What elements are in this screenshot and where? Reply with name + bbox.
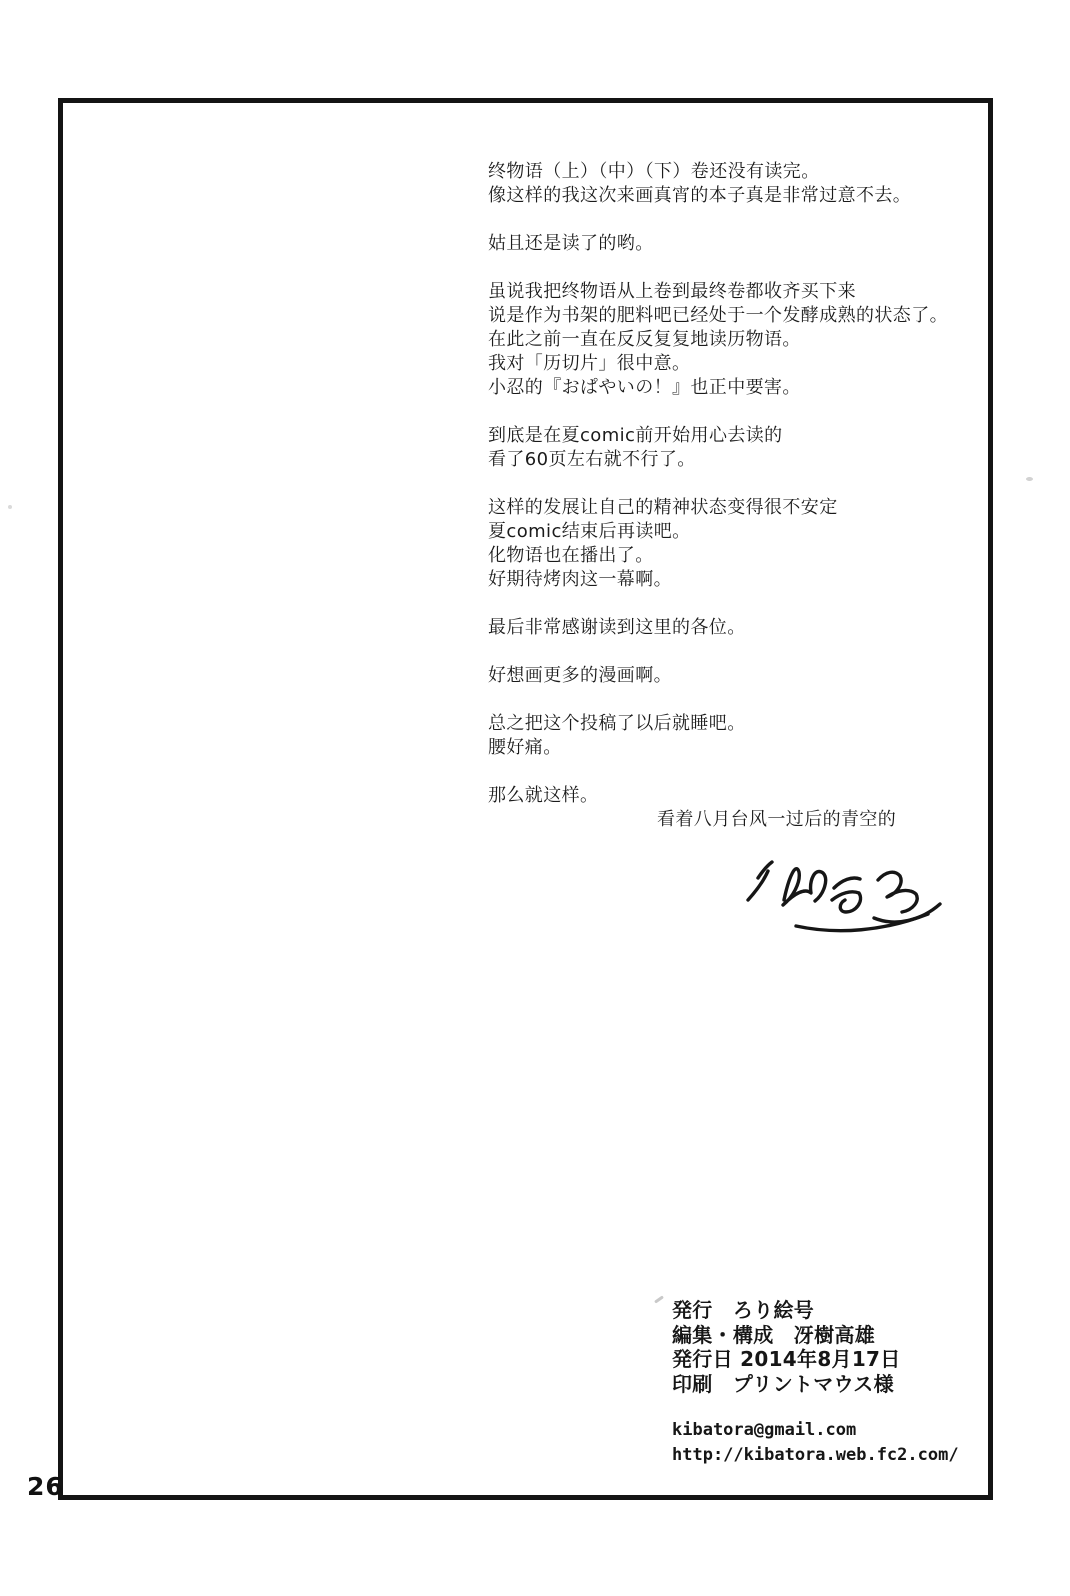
scanned-afterword-page: 终物语（上）（中）（下）卷还没有读完。 像这样的我这次来画真宵的本子真是非常过意… — [0, 0, 1070, 1596]
afterword-line: 在此之前一直在反反复复地读历物语。 — [488, 329, 801, 350]
afterword-line: 最后非常感谢读到这里的各位。 — [488, 617, 746, 638]
author-signature — [738, 838, 953, 943]
scan-speck — [8, 505, 12, 509]
contact-url: http://kibatora.web.fc2.com/ — [672, 1443, 959, 1468]
afterword-line: 姑且还是读了的哟。 — [488, 233, 654, 254]
scan-speck — [1026, 477, 1033, 481]
afterword-line: 终物语（上）（中）（下）卷还没有读完。 — [488, 161, 820, 182]
afterword-line: 这样的发展让自己的精神状态变得很不安定 — [488, 497, 838, 518]
afterword-paragraph: 终物语（上）（中）（下）卷还没有读完。 像这样的我这次来画真宵的本子真是非常过意… — [488, 160, 968, 208]
afterword-line: 腰好痛。 — [488, 737, 562, 758]
afterword-paragraph: 到底是在夏comic前开始用心去读的 看了60页左右就不行了。 — [488, 424, 968, 472]
afterword-line: 我对「历切片」很中意。 — [488, 353, 690, 374]
afterword-paragraph: 那么就这样。 — [488, 784, 968, 808]
afterword-line: 虽说我把终物语从上卷到最终卷都收齐买下来 — [488, 281, 856, 302]
closing-line: 看着八月台风一过后的青空的 — [657, 808, 896, 832]
afterword-paragraph: 好想画更多的漫画啊。 — [488, 664, 968, 688]
afterword-line: 好期待烤肉这一幕啊。 — [488, 569, 672, 590]
afterword-line: 总之把这个投稿了以后就睡吧。 — [488, 713, 746, 734]
colophon: 発行 ろり絵号 編集・構成 冴樹高雄 発行日 2014年8月17日 印刷 プリン… — [672, 1298, 901, 1396]
colophon-row-printer: 印刷 プリントマウス様 — [672, 1372, 901, 1397]
afterword-paragraph: 最后非常感谢读到这里的各位。 — [488, 616, 968, 640]
contact-block: kibatora@gmail.com http://kibatora.web.f… — [672, 1418, 959, 1468]
afterword-line: 化物语也在播出了。 — [488, 545, 654, 566]
afterword-line: 那么就这样。 — [488, 785, 598, 806]
afterword-line: 小忍的『おぱやいの！』也正中要害。 — [488, 377, 801, 398]
colophon-row-publisher: 発行 ろり絵号 — [672, 1298, 901, 1323]
signature-scribble — [738, 838, 953, 943]
afterword-line: 好想画更多的漫画啊。 — [488, 665, 672, 686]
colophon-row-date: 発行日 2014年8月17日 — [672, 1347, 901, 1372]
afterword-paragraph: 虽说我把终物语从上卷到最终卷都收齐买下来 说是作为书架的肥料吧已经处于一个发酵成… — [488, 280, 968, 400]
afterword-line: 看了60页左右就不行了。 — [488, 449, 696, 470]
page-number: 26 — [27, 1472, 64, 1501]
afterword-line: 夏comic结束后再读吧。 — [488, 521, 691, 542]
afterword-paragraph: 姑且还是读了的哟。 — [488, 232, 968, 256]
afterword-paragraph: 总之把这个投稿了以后就睡吧。 腰好痛。 — [488, 712, 968, 760]
colophon-row-editor: 編集・構成 冴樹高雄 — [672, 1323, 901, 1348]
afterword-line: 像这样的我这次来画真宵的本子真是非常过意不去。 — [488, 185, 911, 206]
afterword-text: 终物语（上）（中）（下）卷还没有读完。 像这样的我这次来画真宵的本子真是非常过意… — [488, 160, 968, 832]
contact-email: kibatora@gmail.com — [672, 1418, 959, 1443]
afterword-line: 说是作为书架的肥料吧已经处于一个发酵成熟的状态了。 — [488, 305, 948, 326]
afterword-line: 到底是在夏comic前开始用心去读的 — [488, 425, 783, 446]
afterword-paragraph: 这样的发展让自己的精神状态变得很不安定 夏comic结束后再读吧。 化物语也在播… — [488, 496, 968, 592]
